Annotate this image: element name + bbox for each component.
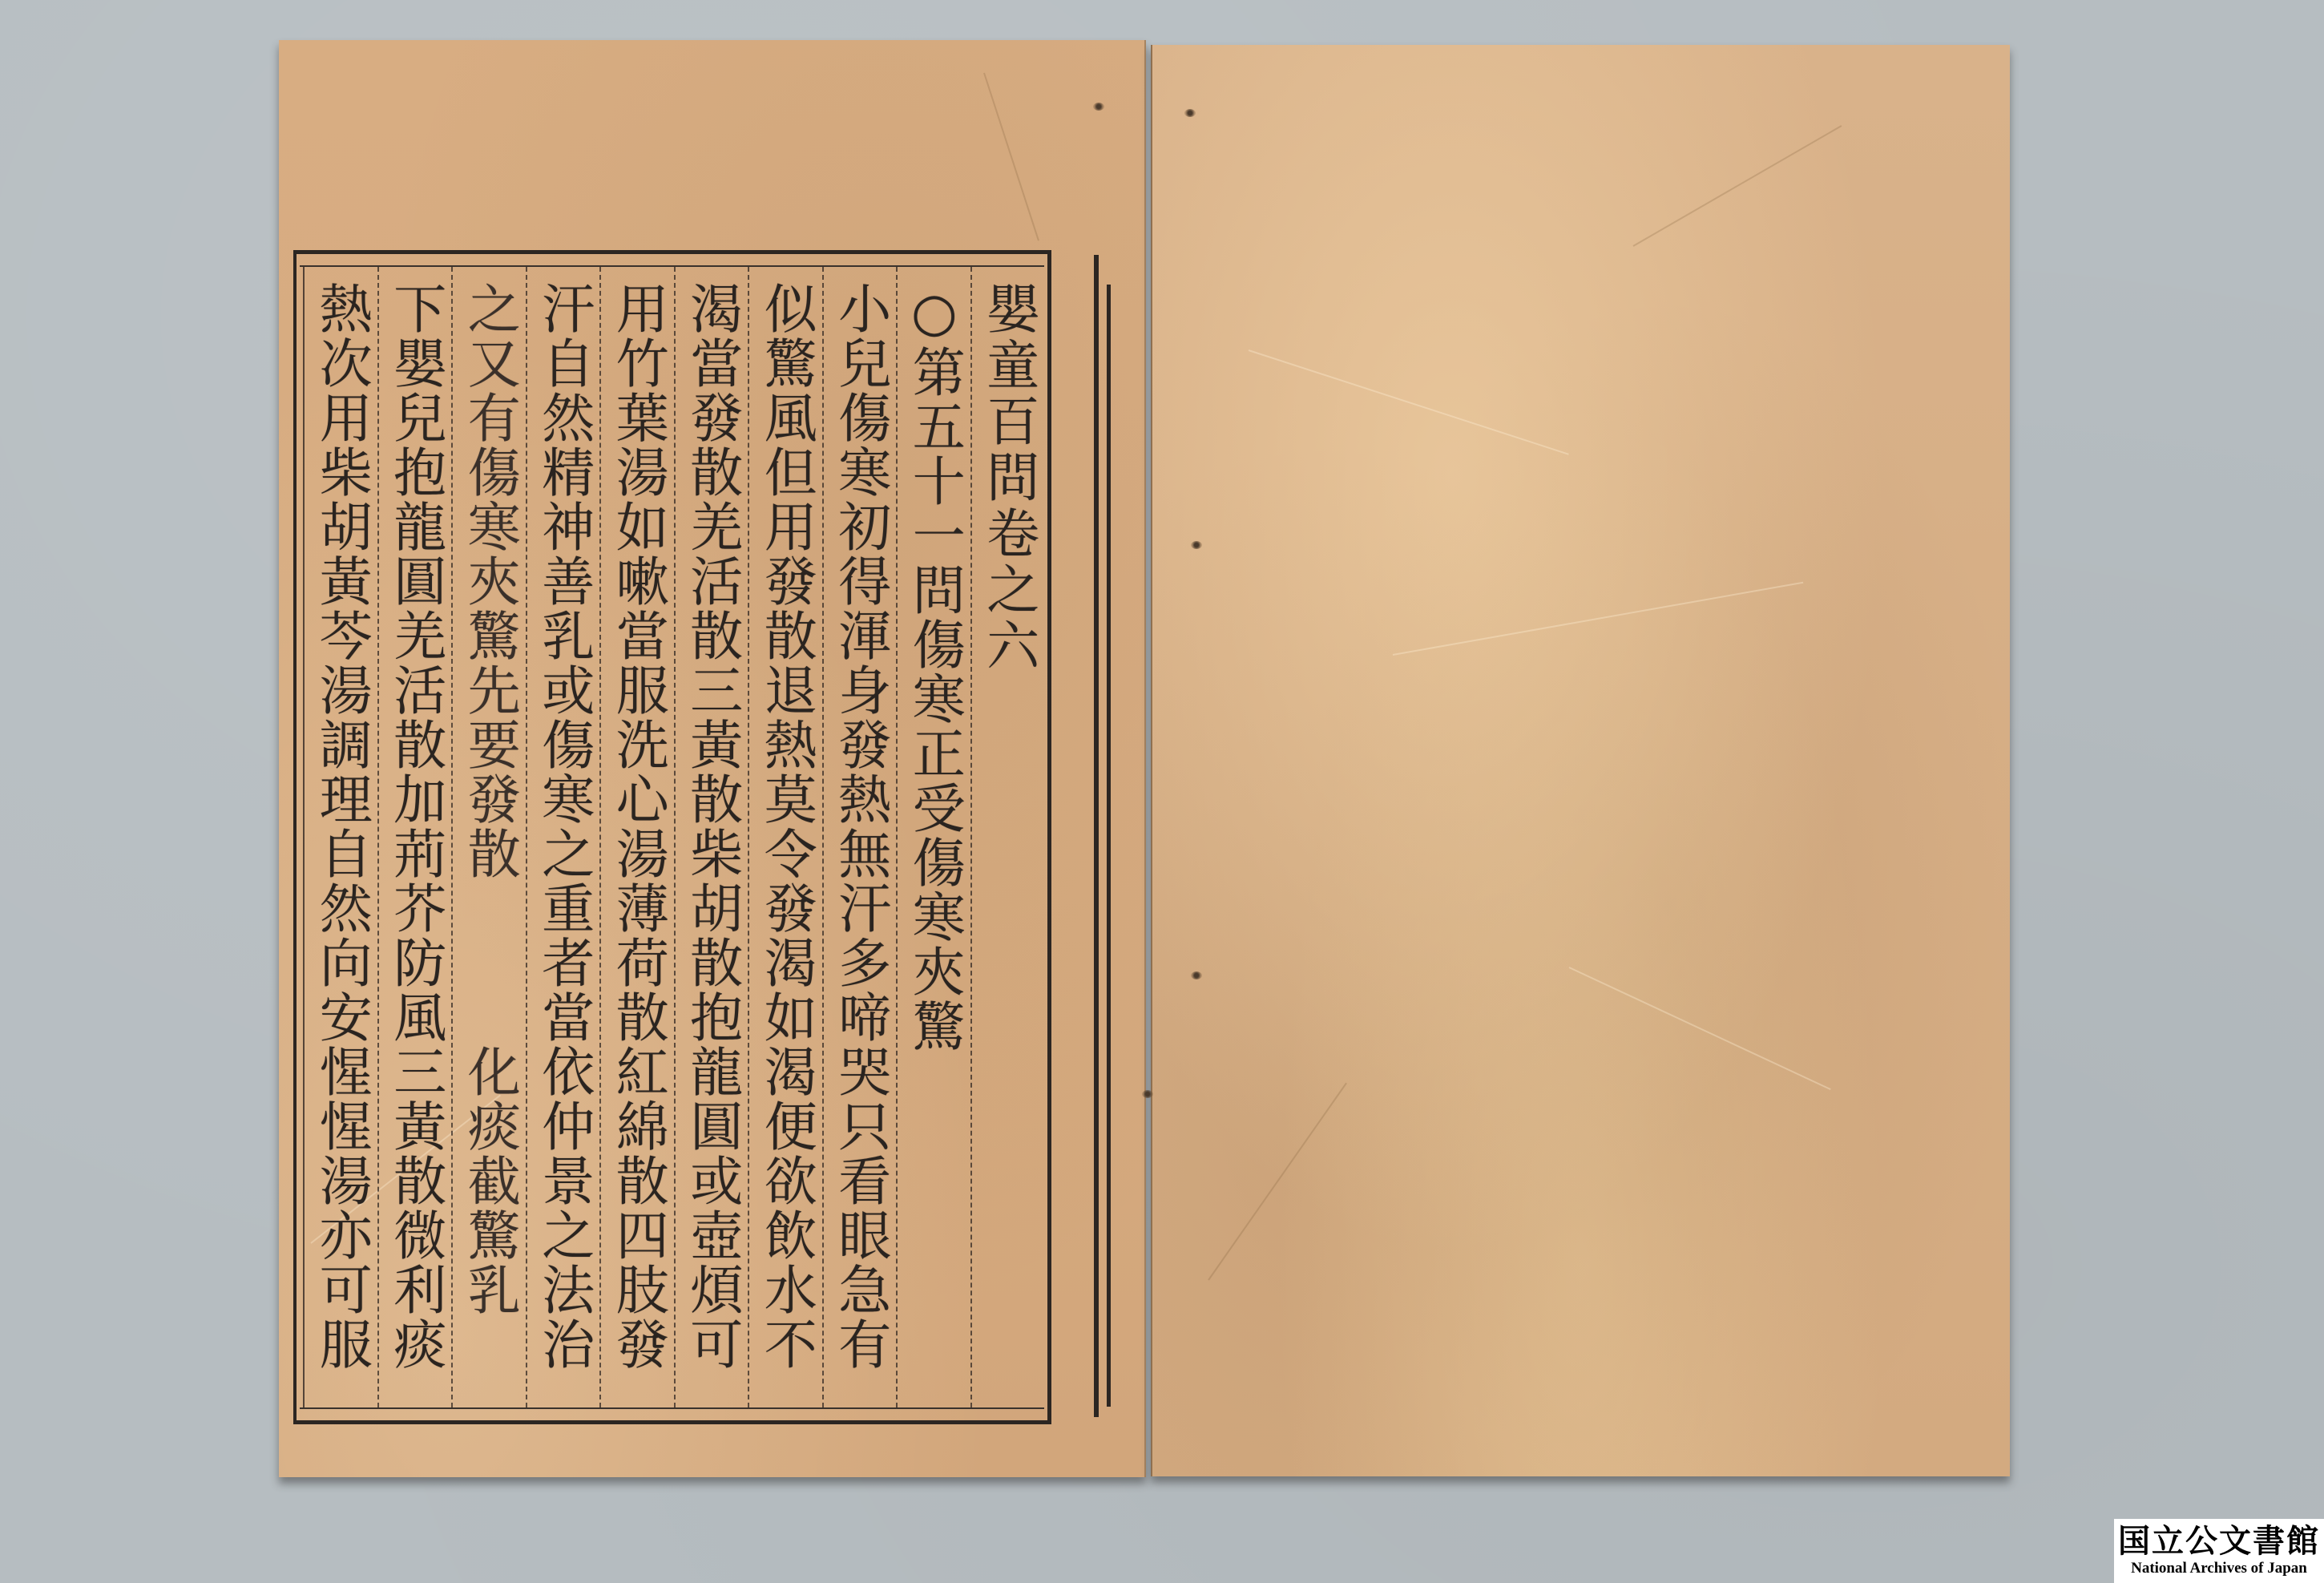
- column-text: 似驚風但用發散退熱莫令發渴如渴便欲飲水不: [759, 267, 812, 1407]
- print-frame: 嬰童百問卷之六 ○第五十一問傷寒正受傷寒夾驚 小兒傷寒初得渾身發熱無汗多啼哭只看…: [293, 250, 1051, 1424]
- text-column: 汗自然精神善乳或傷寒之重者當依仲景之法治: [526, 267, 600, 1407]
- column-text: 下嬰兒抱龍圓羌活散加荊芥防風三黃散微利痰: [389, 267, 442, 1407]
- paper-crease: [1633, 125, 1842, 247]
- column-text: 熱次用柴胡黃芩湯調理自然向安惺惺湯亦可服: [314, 267, 367, 1407]
- binding-hole: [1191, 971, 1202, 979]
- column-text: 汗自然精神善乳或傷寒之重者當依仲景之法治: [537, 267, 590, 1407]
- text-column: 之又有傷寒夾驚先要發散 化痰截驚乳: [451, 267, 526, 1407]
- text-column: 渴當發散羌活散三黃散柴胡散抱龍圓或壺煩可: [674, 267, 748, 1407]
- column-text: 渴當發散羌活散三黃散柴胡散抱龍圓或壺煩可: [685, 267, 738, 1407]
- paper-crease: [1569, 967, 1831, 1090]
- right-page: [1151, 45, 2010, 1476]
- margin-rule: [1094, 255, 1099, 1417]
- column-text: 小兒傷寒初得渾身發熱無汗多啼哭只看眼急有: [833, 267, 886, 1407]
- text-column: 熱次用柴胡黃芩湯調理自然向安惺惺湯亦可服: [303, 267, 377, 1407]
- title-text: 嬰童百問卷之六: [982, 267, 1035, 1407]
- column-heading: ○第五十一問傷寒正受傷寒夾驚: [896, 267, 970, 1407]
- text-columns: 嬰童百問卷之六 ○第五十一問傷寒正受傷寒夾驚 小兒傷寒初得渾身發熱無汗多啼哭只看…: [303, 267, 1044, 1407]
- column-text: 之又有傷寒夾驚先要發散 化痰截驚乳: [462, 267, 515, 1407]
- archive-logo: 国立公文書館 National Archives of Japan: [2114, 1519, 2324, 1583]
- paper-crease: [1249, 349, 1569, 455]
- column-text: 用竹葉湯如嗽當服洗心湯薄荷散紅綿散四肢發: [611, 267, 664, 1407]
- logo-japanese: 国立公文書館: [2118, 1525, 2320, 1557]
- text-column: 用竹葉湯如嗽當服洗心湯薄荷散紅綿散四肢發: [599, 267, 674, 1407]
- text-column: 小兒傷寒初得渾身發熱無汗多啼哭只看眼急有: [822, 267, 897, 1407]
- binding-hole: [1191, 541, 1202, 549]
- column-title: 嬰童百問卷之六: [970, 267, 1045, 1407]
- text-column: 似驚風但用發散退熱莫令發渴如渴便欲飲水不: [748, 267, 822, 1407]
- paper-crease: [983, 73, 1039, 241]
- binding-hole: [1184, 109, 1196, 117]
- logo-english: National Archives of Japan: [2131, 1561, 2307, 1577]
- heading-text: ○第五十一問傷寒正受傷寒夾驚: [907, 267, 960, 1407]
- binding-hole: [1093, 103, 1104, 111]
- margin-rule: [1107, 285, 1111, 1407]
- binding-hole: [1142, 1090, 1153, 1098]
- paper-crease: [1393, 582, 1803, 656]
- paper-crease: [1208, 1083, 1347, 1281]
- text-column: 下嬰兒抱龍圓羌活散加荊芥防風三黃散微利痰: [377, 267, 452, 1407]
